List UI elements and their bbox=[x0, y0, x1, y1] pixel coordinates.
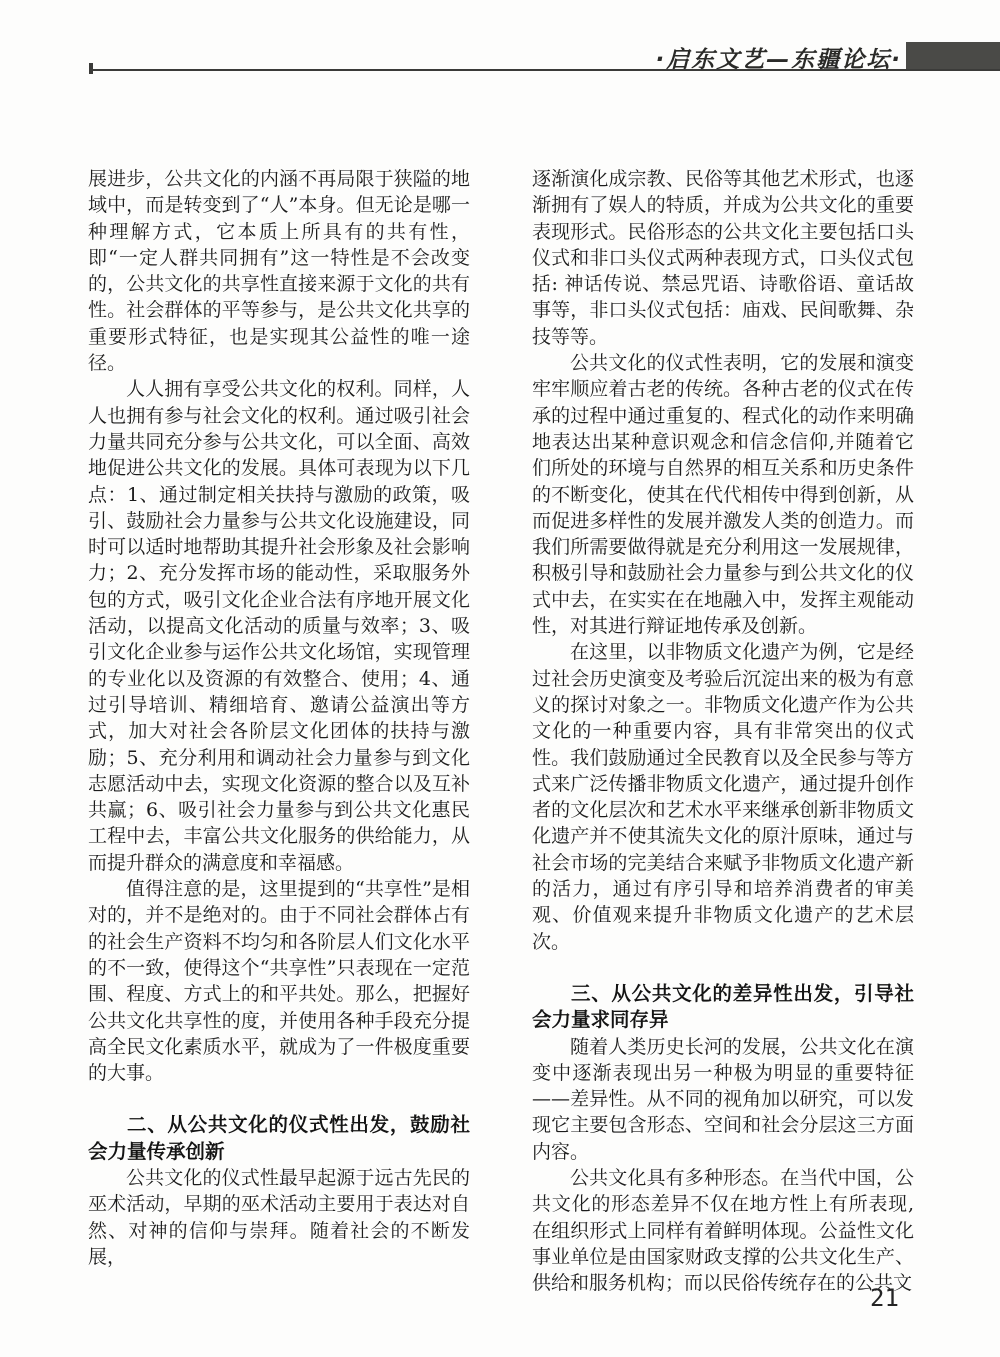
section-heading: 二、从公共文化的仪式性出发，鼓励社会力量传承创新 bbox=[88, 1112, 470, 1165]
paragraph: 在这里，以非物质文化遗产为例，它是经过社会历史演变及考验后沉淀出来的极为有意义的… bbox=[532, 639, 914, 955]
paragraph: 公共文化具有多种形态。在当代中国，公共文化的形态差异不仅在地方性上有所表现,在组… bbox=[532, 1165, 914, 1296]
paragraph: 逐渐演化成宗教、民俗等其他艺术形式，也逐渐拥有了娱人的特质，并成为公共文化的重要… bbox=[532, 166, 914, 350]
paragraph: 人人拥有享受公共文化的权利。同样，人人也拥有参与社会文化的权利。通过吸引社会力量… bbox=[88, 376, 470, 876]
text-column-right: 逐渐演化成宗教、民俗等其他艺术形式，也逐渐拥有了娱人的特质，并成为公共文化的重要… bbox=[532, 166, 914, 1296]
paragraph: 公共文化的仪式性最早起源于远古先民的巫术活动，早期的巫术活动主要用于表达对自然、… bbox=[88, 1165, 470, 1270]
section-heading: 三、从公共文化的差异性出发，引导社会力量求同存异 bbox=[532, 981, 914, 1034]
text-column-left: 展进步，公共文化的内涵不再局限于狭隘的地域中，而是转变到了“人”本身。但无论是哪… bbox=[88, 166, 470, 1270]
journal-header-title: ·启东文艺—东疆论坛· bbox=[656, 41, 902, 74]
paragraph: 公共文化的仪式性表明，它的发展和演变牢牢顺应着古老的传统。各种古老的仪式在传承的… bbox=[532, 350, 914, 639]
paragraph: 展进步，公共文化的内涵不再局限于狭隘的地域中，而是转变到了“人”本身。但无论是哪… bbox=[88, 166, 470, 376]
paragraph: 随着人类历史长河的发展，公共文化在演变中逐渐表现出另一种极为明显的重要特征——差… bbox=[532, 1034, 914, 1165]
header-corner-block bbox=[906, 42, 1000, 69]
journal-page: ·启东文艺—东疆论坛· 展进步，公共文化的内涵不再局限于狭隘的地域中，而是转变到… bbox=[0, 0, 1000, 1357]
page-number: 21 bbox=[870, 1284, 899, 1312]
paragraph: 值得注意的是，这里提到的“共享性”是相对的，并不是绝对的。由于不同社会群体占有的… bbox=[88, 876, 470, 1086]
